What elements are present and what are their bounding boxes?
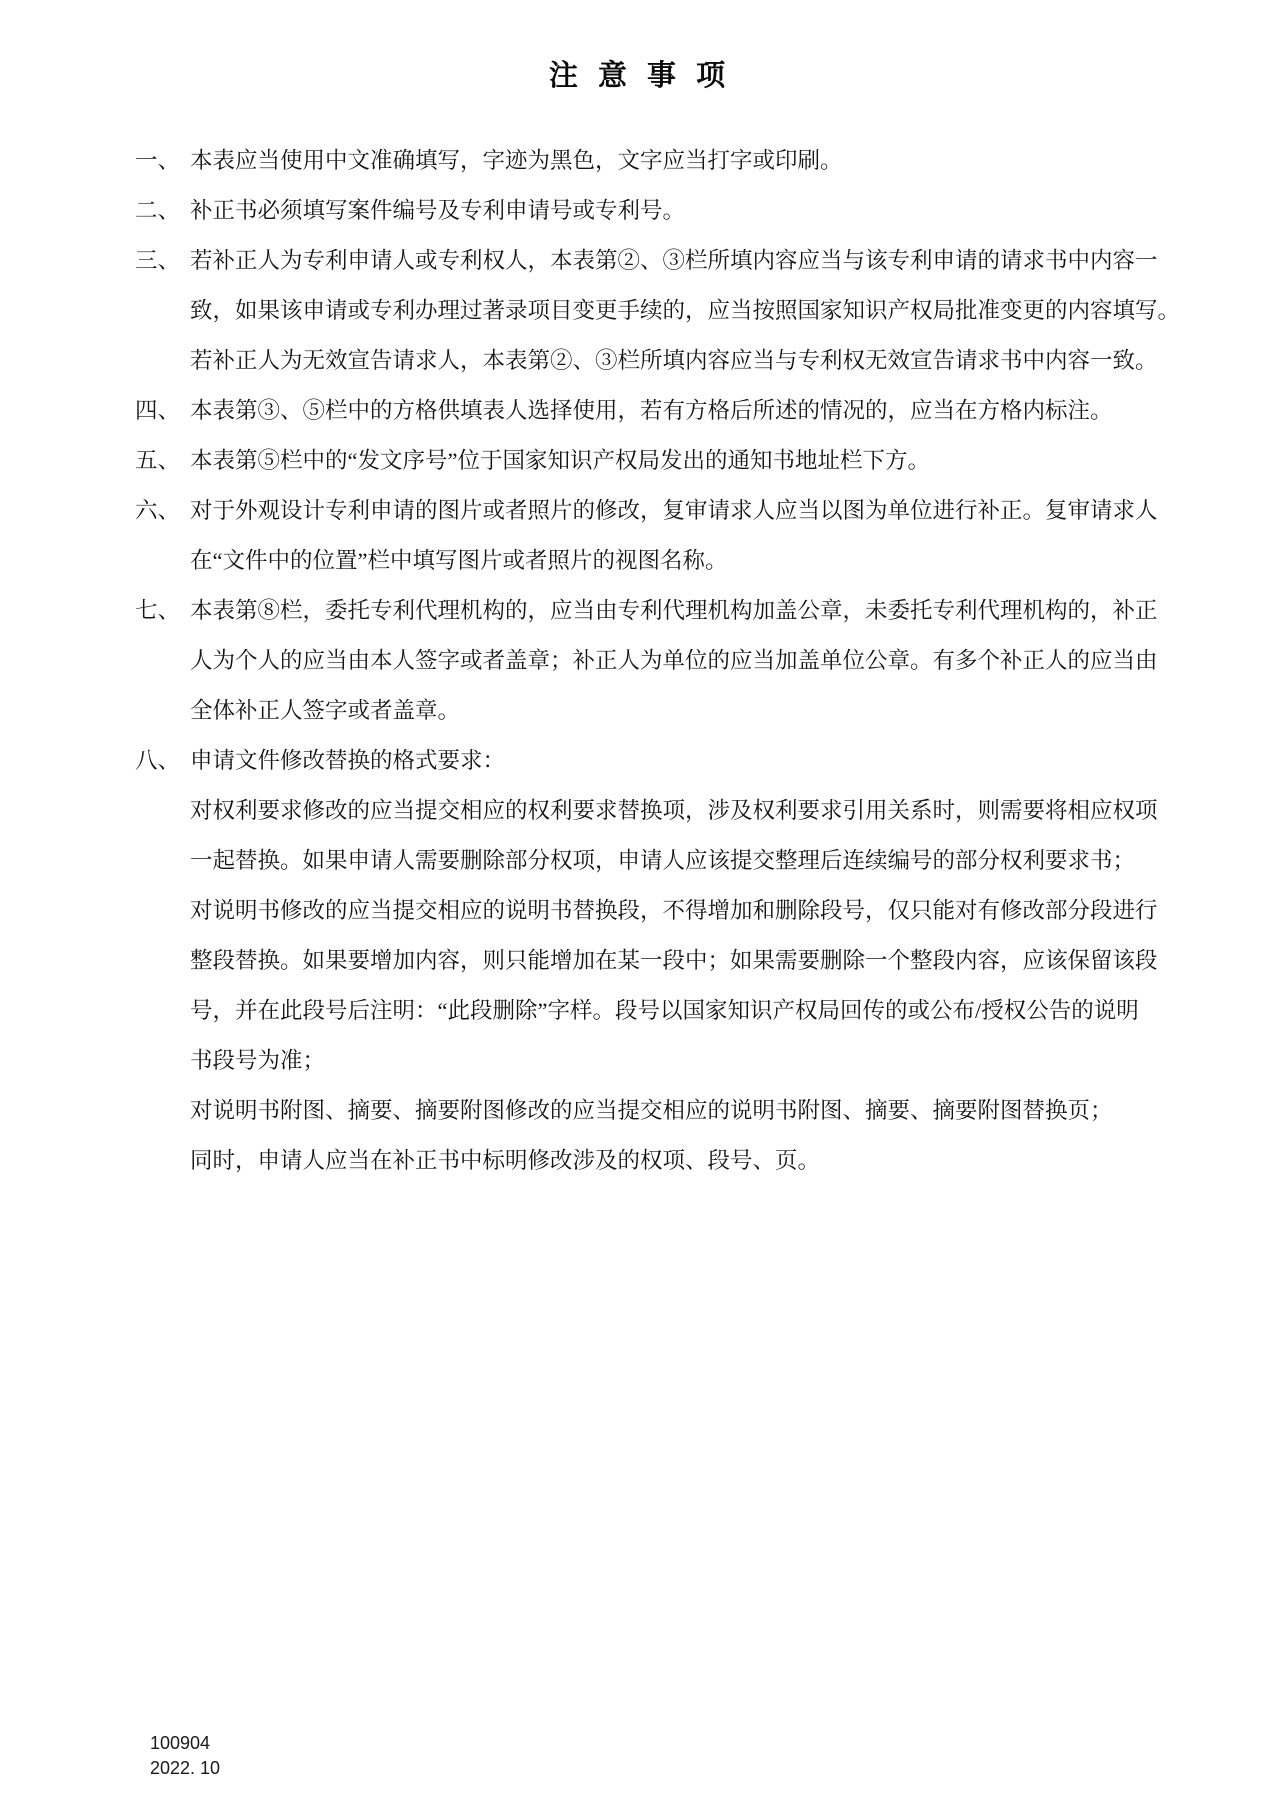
- note-item-1: 一、本表应当使用中文准确填写，字迹为黑色，文字应当打字或印刷。: [135, 136, 1195, 186]
- note-item-1-label: 一、: [135, 148, 180, 173]
- form-date: 2022. 10: [150, 1756, 220, 1781]
- note-item-8-line-3: 一起替换。如果申请人需要删除部分权项，申请人应该提交整理后连续编号的部分权利要求…: [135, 836, 1195, 886]
- note-item-8-line-5: 整段替换。如果要增加内容，则只能增加在某一段中；如果需要删除一个整段内容，应该保…: [135, 936, 1195, 986]
- note-item-8-text: 申请文件修改替换的格式要求：: [190, 748, 505, 773]
- notes-list: 一、本表应当使用中文准确填写，字迹为黑色，文字应当打字或印刷。 二、补正书必须填…: [135, 136, 1195, 1186]
- note-item-3-line-3: 若补正人为无效宣告请求人，本表第②、③栏所填内容应当与专利权无效宣告请求书中内容…: [135, 336, 1195, 386]
- note-item-3-text: 若补正人为专利申请人或专利权人，本表第②、③栏所填内容应当与该专利申请的请求书中…: [190, 248, 1158, 273]
- note-item-6-text: 对于外观设计专利申请的图片或者照片的修改，复审请求人应当以图为单位进行补正。复审…: [190, 498, 1158, 523]
- document-page: 注 意 事 项 一、本表应当使用中文准确填写，字迹为黑色，文字应当打字或印刷。 …: [0, 0, 1280, 1810]
- note-item-3-line-2: 致，如果该申请或专利办理过著录项目变更手续的，应当按照国家知识产权局批准变更的内…: [135, 286, 1195, 336]
- note-item-6-label: 六、: [135, 498, 180, 523]
- note-item-1-text: 本表应当使用中文准确填写，字迹为黑色，文字应当打字或印刷。: [190, 148, 843, 173]
- note-item-5: 五、本表第⑤栏中的“发文序号”位于国家知识产权局发出的通知书地址栏下方。: [135, 436, 1195, 486]
- note-item-8-line-2: 对权利要求修改的应当提交相应的权利要求替换项，涉及权利要求引用关系时，则需要将相…: [135, 786, 1195, 836]
- note-item-8-label: 八、: [135, 748, 180, 773]
- note-item-4-label: 四、: [135, 398, 180, 423]
- note-item-8-line-8: 对说明书附图、摘要、摘要附图修改的应当提交相应的说明书附图、摘要、摘要附图替换页…: [135, 1086, 1195, 1136]
- note-item-8-line-6: 号，并在此段号后注明：“此段删除”字样。段号以国家知识产权局回传的或公布/授权公…: [135, 986, 1195, 1036]
- note-item-8-line-7: 书段号为准；: [135, 1036, 1195, 1086]
- note-item-4-text: 本表第③、⑤栏中的方格供填表人选择使用，若有方格后所述的情况的，应当在方格内标注…: [190, 398, 1113, 423]
- note-item-5-text: 本表第⑤栏中的“发文序号”位于国家知识产权局发出的通知书地址栏下方。: [190, 448, 930, 473]
- note-item-4: 四、本表第③、⑤栏中的方格供填表人选择使用，若有方格后所述的情况的，应当在方格内…: [135, 386, 1195, 436]
- note-item-2: 二、补正书必须填写案件编号及专利申请号或专利号。: [135, 186, 1195, 236]
- note-item-7-label: 七、: [135, 598, 180, 623]
- note-item-7: 七、本表第⑧栏，委托专利代理机构的，应当由专利代理机构加盖公章，未委托专利代理机…: [135, 586, 1195, 636]
- note-item-7-line-3: 全体补正人签字或者盖章。: [135, 686, 1195, 736]
- note-item-8-line-9: 同时，申请人应当在补正书中标明修改涉及的权项、段号、页。: [135, 1136, 1195, 1186]
- form-code: 100904: [150, 1731, 220, 1756]
- note-item-2-label: 二、: [135, 198, 180, 223]
- note-item-5-label: 五、: [135, 448, 180, 473]
- note-item-7-text: 本表第⑧栏，委托专利代理机构的，应当由专利代理机构加盖公章，未委托专利代理机构的…: [190, 598, 1158, 623]
- note-item-6-line-2: 在“文件中的位置”栏中填写图片或者照片的视图名称。: [135, 536, 1195, 586]
- note-item-3: 三、若补正人为专利申请人或专利权人，本表第②、③栏所填内容应当与该专利申请的请求…: [135, 236, 1195, 286]
- note-item-3-label: 三、: [135, 248, 180, 273]
- note-item-7-line-2: 人为个人的应当由本人签字或者盖章；补正人为单位的应当加盖单位公章。有多个补正人的…: [135, 636, 1195, 686]
- note-item-8-line-4: 对说明书修改的应当提交相应的说明书替换段，不得增加和删除段号，仅只能对有修改部分…: [135, 886, 1195, 936]
- note-item-2-text: 补正书必须填写案件编号及专利申请号或专利号。: [190, 198, 685, 223]
- note-item-8: 八、申请文件修改替换的格式要求：: [135, 736, 1195, 786]
- page-title: 注 意 事 项: [0, 50, 1280, 102]
- note-item-6: 六、对于外观设计专利申请的图片或者照片的修改，复审请求人应当以图为单位进行补正。…: [135, 486, 1195, 536]
- form-footer: 100904 2022. 10: [150, 1731, 220, 1781]
